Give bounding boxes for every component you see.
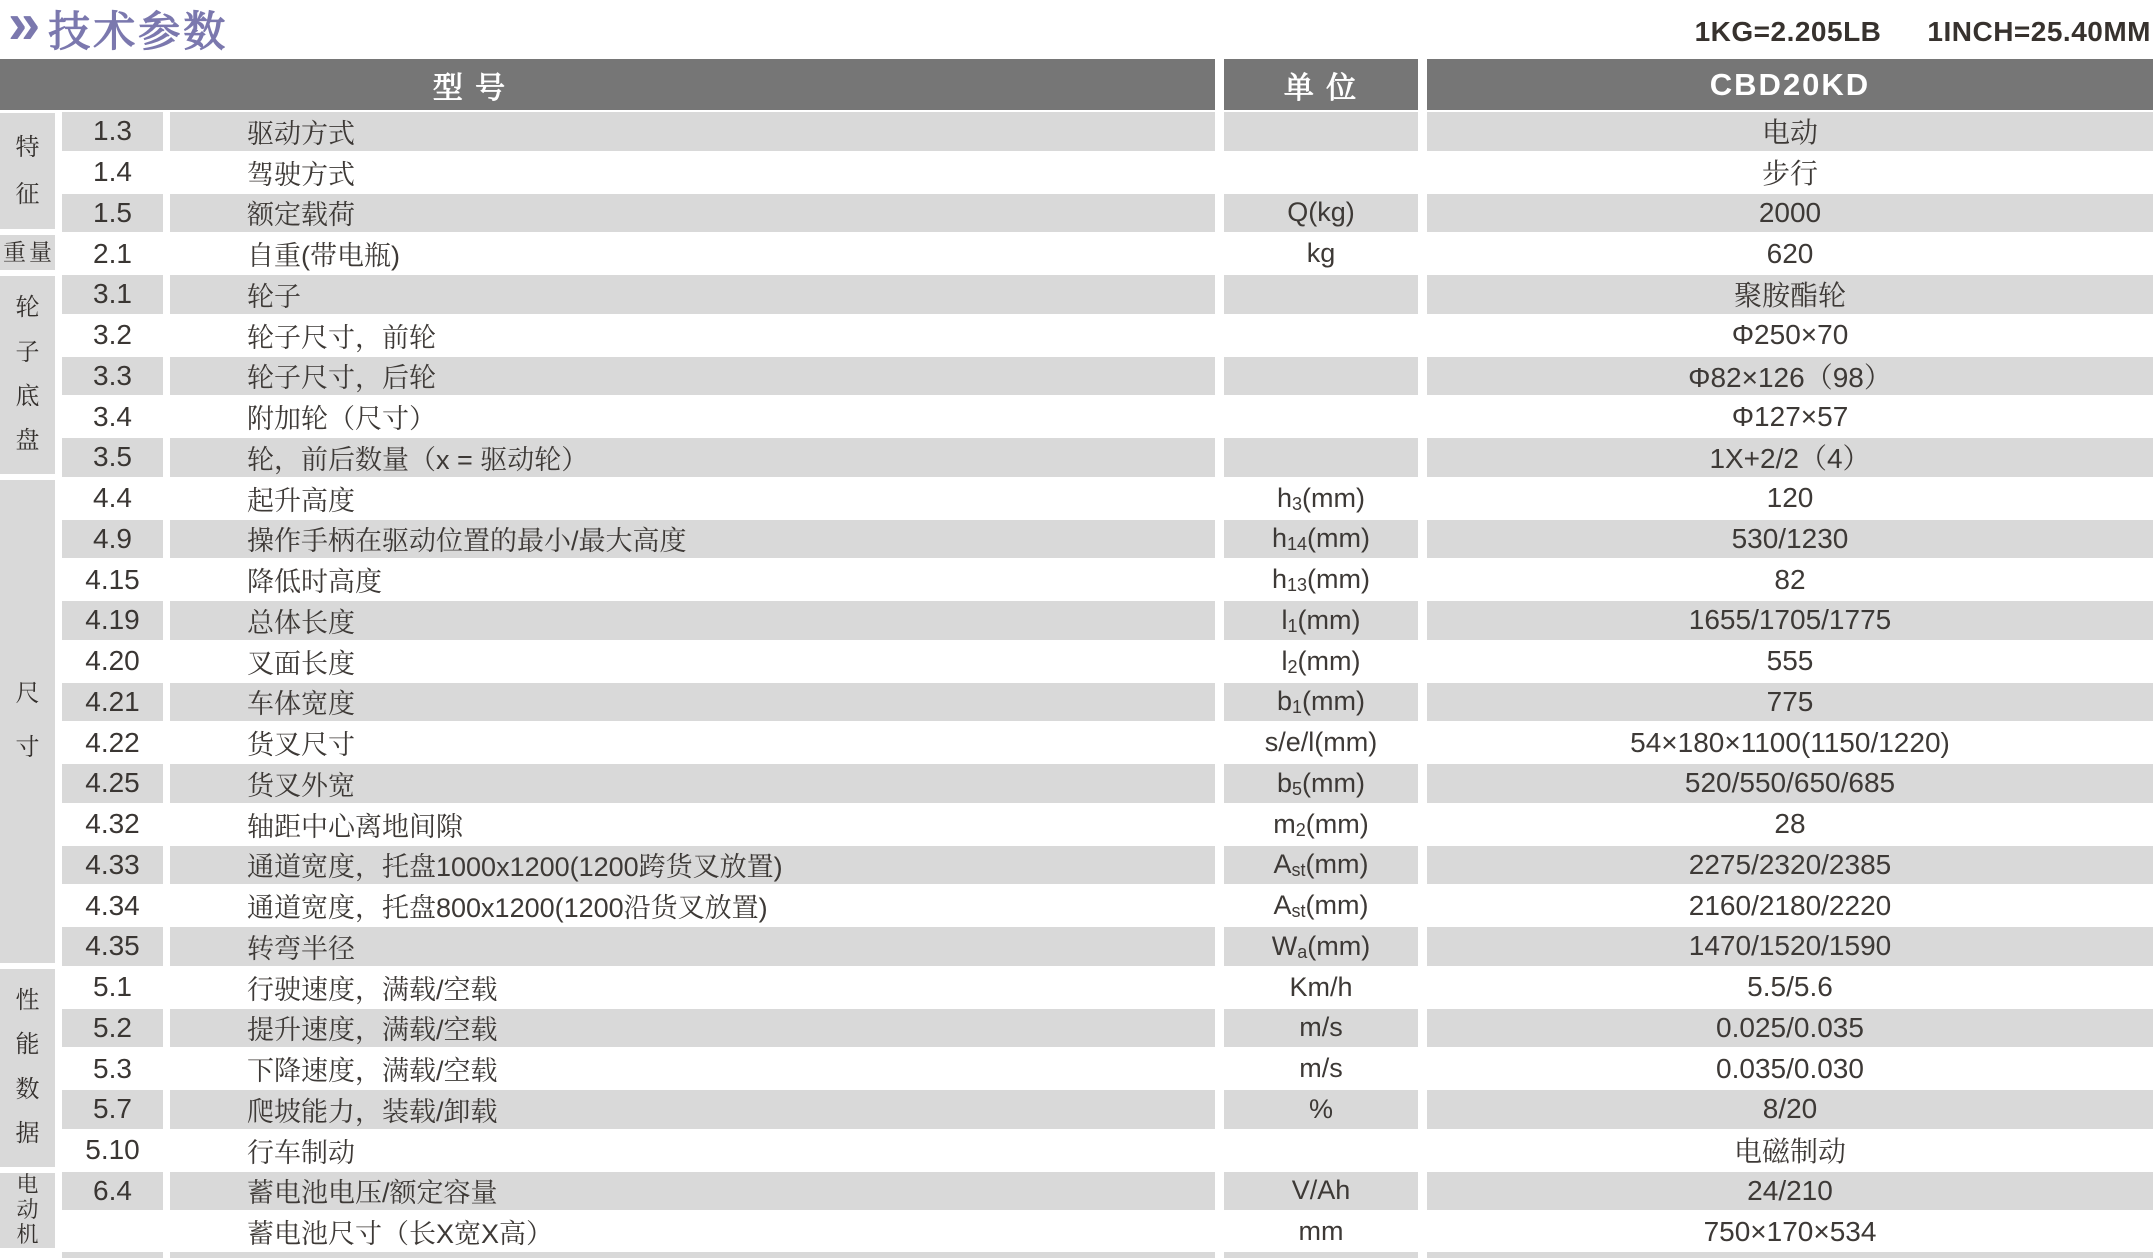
spec-row-unit <box>1224 153 1418 192</box>
bottom-strip <box>1224 1252 1418 1258</box>
spec-row: 4.4 起升高度 h3(mm) 120 <box>0 478 2153 519</box>
spec-row-description: 行车制动 <box>170 1131 1215 1170</box>
category-char: 重 <box>3 241 26 264</box>
spec-row-number <box>62 1212 163 1251</box>
category-label-6: 电动机 <box>0 1173 55 1249</box>
spec-row-description: 附加轮（尺寸） <box>170 397 1215 436</box>
spec-row-value: 620 <box>1427 234 2153 273</box>
category-char: 据 <box>16 1122 40 1146</box>
spec-row-unit: h13(mm) <box>1224 560 1418 599</box>
category-label-3: 轮子底盘 <box>0 276 55 474</box>
spec-row-description: 蓄电池电压/额定容量 <box>170 1172 1215 1211</box>
spec-row-description: 轮，前后数量（x = 驱动轮） <box>170 438 1215 477</box>
spec-row-description: 降低时高度 <box>170 560 1215 599</box>
category-label-4: 尺寸 <box>0 480 55 963</box>
bottom-strip <box>62 1252 163 1258</box>
spec-row-description: 转弯半径 <box>170 927 1215 966</box>
spec-row-value: 520/550/650/685 <box>1427 764 2153 803</box>
spec-row: 6.4 蓄电池电压/额定容量 V/Ah 24/210 <box>0 1171 2153 1212</box>
spec-row-number: 4.4 <box>62 479 163 518</box>
spec-row-value: 1X+2/2（4） <box>1427 438 2153 477</box>
spec-row-number: 5.2 <box>62 1009 163 1048</box>
spec-row-number: 5.7 <box>62 1090 163 1129</box>
unit-conversion-note: 1KG=2.205LB 1INCH=25.40MM <box>1695 16 2151 48</box>
table-rows: 1.3 驱动方式 电动 1.4 驾驶方式 步行 1.5 额定载荷 Q(kg) 2… <box>0 111 2153 1252</box>
spec-row-unit: m/s <box>1224 1049 1418 1088</box>
spec-row: 4.25 货叉外宽 b5(mm) 520/550/650/685 <box>0 763 2153 804</box>
spec-row-value: 82 <box>1427 560 2153 599</box>
spec-row: 4.34 通道宽度，托盘800x1200(1200沿货叉放置) Ast(mm) … <box>0 885 2153 926</box>
spec-row: 4.9 操作手柄在驱动位置的最小/最大高度 h14(mm) 530/1230 <box>0 519 2153 560</box>
spec-row-number: 4.25 <box>62 764 163 803</box>
spec-row: 蓄电池尺寸（长X宽X高） mm 750×170×534 <box>0 1211 2153 1252</box>
spec-row-description: 通道宽度，托盘1000x1200(1200跨货叉放置) <box>170 846 1215 885</box>
spec-row: 1.4 驾驶方式 步行 <box>0 152 2153 193</box>
category-char: 能 <box>16 1033 40 1057</box>
spec-row-unit: s/e/l(mm) <box>1224 723 1418 762</box>
spec-row-unit: % <box>1224 1090 1418 1129</box>
spec-row-description: 轮子尺寸，前轮 <box>170 316 1215 355</box>
spec-row-value: 0.035/0.030 <box>1427 1049 2153 1088</box>
category-char: 动 <box>16 1199 38 1221</box>
spec-row-number: 4.15 <box>62 560 163 599</box>
spec-row-value: 2160/2180/2220 <box>1427 886 2153 925</box>
spec-row-number: 3.5 <box>62 438 163 477</box>
category-char: 寸 <box>16 736 40 760</box>
category-label-5: 性能数据 <box>0 969 55 1167</box>
spec-row-value: 120 <box>1427 479 2153 518</box>
spec-row-description: 总体长度 <box>170 601 1215 640</box>
category-label-1: 特征 <box>0 113 55 229</box>
spec-row: 4.19 总体长度 l1(mm) 1655/1705/1775 <box>0 600 2153 641</box>
spec-row-unit <box>1224 1131 1418 1170</box>
spec-row-number: 3.3 <box>62 357 163 396</box>
spec-row-description: 轴距中心离地间隙 <box>170 805 1215 844</box>
header-model-column: 型 号 <box>0 59 1215 110</box>
spec-row-value: 8/20 <box>1427 1090 2153 1129</box>
kg-conversion-text: 1KG=2.205LB <box>1695 16 1882 48</box>
spec-row: 4.20 叉面长度 l2(mm) 555 <box>0 641 2153 682</box>
spec-row-description: 蓄电池尺寸（长X宽X高） <box>170 1212 1215 1251</box>
spec-row-unit: Q(kg) <box>1224 194 1418 233</box>
spec-row-value: 24/210 <box>1427 1172 2153 1211</box>
spec-row-value: 54×180×1100(1150/1220) <box>1427 723 2153 762</box>
spec-row-number: 1.5 <box>62 194 163 233</box>
spec-row-number: 4.22 <box>62 723 163 762</box>
spec-row-unit: Wa(mm) <box>1224 927 1418 966</box>
spec-row-value: Φ82×126（98） <box>1427 357 2153 396</box>
spec-sheet-page: » 技术参数 1KG=2.205LB 1INCH=25.40MM 型 号 单 位… <box>0 0 2153 1258</box>
spec-row-description: 叉面长度 <box>170 642 1215 681</box>
spec-row-value: 聚胺酯轮 <box>1427 275 2153 314</box>
spec-row-value: 2275/2320/2385 <box>1427 846 2153 885</box>
spec-row-description: 自重(带电瓶) <box>170 234 1215 273</box>
spec-row-description: 通道宽度，托盘800x1200(1200沿货叉放置) <box>170 886 1215 925</box>
spec-row: 5.7 爬坡能力，装载/卸载 % 8/20 <box>0 1089 2153 1130</box>
spec-row-unit: h14(mm) <box>1224 520 1418 559</box>
spec-row-value: 0.025/0.035 <box>1427 1009 2153 1048</box>
category-char: 盘 <box>16 429 40 453</box>
spec-row-value: 775 <box>1427 683 2153 722</box>
spec-row-value: 步行 <box>1427 153 2153 192</box>
spec-row-description: 提升速度，满载/空载 <box>170 1009 1215 1048</box>
spec-row-description: 驾驶方式 <box>170 153 1215 192</box>
spec-row-description: 货叉外宽 <box>170 764 1215 803</box>
spec-row-unit <box>1224 438 1418 477</box>
category-char: 性 <box>16 989 40 1013</box>
spec-row-unit <box>1224 397 1418 436</box>
spec-row-value: Φ127×57 <box>1427 397 2153 436</box>
spec-row-number: 4.20 <box>62 642 163 681</box>
spec-row-number: 5.1 <box>62 968 163 1007</box>
spec-row: 5.3 下降速度，满载/空载 m/s 0.035/0.030 <box>0 1048 2153 1089</box>
spec-row: 5.1 行驶速度，满载/空载 Km/h 5.5/5.6 <box>0 967 2153 1008</box>
spec-row-unit <box>1224 112 1418 151</box>
spec-row-number: 4.35 <box>62 927 163 966</box>
category-label-2: 重量 <box>0 235 55 270</box>
spec-row-number: 1.3 <box>62 112 163 151</box>
spec-row-number: 4.32 <box>62 805 163 844</box>
spec-row: 4.33 通道宽度，托盘1000x1200(1200跨货叉放置) Ast(mm)… <box>0 845 2153 886</box>
spec-row: 3.2 轮子尺寸，前轮 Φ250×70 <box>0 315 2153 356</box>
spec-row-number: 4.34 <box>62 886 163 925</box>
spec-row: 4.35 转弯半径 Wa(mm) 1470/1520/1590 <box>0 926 2153 967</box>
spec-row-unit <box>1224 275 1418 314</box>
spec-row-unit: b1(mm) <box>1224 683 1418 722</box>
category-char: 子 <box>16 341 40 365</box>
category-char: 电 <box>16 1174 38 1196</box>
spec-row-value: 530/1230 <box>1427 520 2153 559</box>
spec-row-unit <box>1224 316 1418 355</box>
spec-row-value: 555 <box>1427 642 2153 681</box>
spec-row-description: 额定载荷 <box>170 194 1215 233</box>
spec-row-value: 2000 <box>1427 194 2153 233</box>
spec-row-value: 电动 <box>1427 112 2153 151</box>
spec-row-description: 下降速度，满载/空载 <box>170 1049 1215 1088</box>
spec-row-number: 5.10 <box>62 1131 163 1170</box>
header-unit-column: 单 位 <box>1224 59 1418 110</box>
spec-row: 4.15 降低时高度 h13(mm) 82 <box>0 559 2153 600</box>
category-char: 底 <box>16 385 40 409</box>
inch-conversion-text: 1INCH=25.40MM <box>1927 16 2151 48</box>
spec-row: 1.5 额定载荷 Q(kg) 2000 <box>0 193 2153 234</box>
spec-row-value: 28 <box>1427 805 2153 844</box>
spec-row-unit: V/Ah <box>1224 1172 1418 1211</box>
spec-row-number: 3.1 <box>62 275 163 314</box>
spec-row-unit: l1(mm) <box>1224 601 1418 640</box>
spec-row-unit: Ast(mm) <box>1224 846 1418 885</box>
category-char: 尺 <box>16 682 40 706</box>
spec-row: 5.10 行车制动 电磁制动 <box>0 1130 2153 1171</box>
spec-row-value: Φ250×70 <box>1427 316 2153 355</box>
spec-row-number: 6.4 <box>62 1172 163 1211</box>
page-title: 技术参数 <box>48 0 228 59</box>
spec-row-unit: Ast(mm) <box>1224 886 1418 925</box>
spec-row-unit <box>1224 357 1418 396</box>
spec-row-description: 货叉尺寸 <box>170 723 1215 762</box>
spec-row: 4.21 车体宽度 b1(mm) 775 <box>0 682 2153 723</box>
category-char: 量 <box>29 241 52 264</box>
spec-row: 4.32 轴距中心离地间隙 m2(mm) 28 <box>0 804 2153 845</box>
category-char: 轮 <box>16 296 40 320</box>
spec-row-description: 轮子 <box>170 275 1215 314</box>
spec-row-description: 轮子尺寸，后轮 <box>170 357 1215 396</box>
spec-row-unit: b5(mm) <box>1224 764 1418 803</box>
spec-row-number: 4.19 <box>62 601 163 640</box>
spec-row-value: 电磁制动 <box>1427 1131 2153 1170</box>
category-char: 数 <box>16 1078 40 1102</box>
spec-row-number: 5.3 <box>62 1049 163 1088</box>
category-char: 机 <box>16 1224 38 1246</box>
double-chevron-icon: » <box>8 0 36 53</box>
header-model-label: 型 号 <box>0 63 940 107</box>
header-model-name: CBD20KD <box>1427 59 2153 110</box>
spec-row-description: 起升高度 <box>170 479 1215 518</box>
spec-row-unit: kg <box>1224 234 1418 273</box>
spec-row: 3.4 附加轮（尺寸） Φ127×57 <box>0 396 2153 437</box>
header-unit-label: 单 位 <box>1284 63 1358 107</box>
spec-row-value: 1470/1520/1590 <box>1427 927 2153 966</box>
spec-row-value: 1655/1705/1775 <box>1427 601 2153 640</box>
spec-row-value: 750×170×534 <box>1427 1212 2153 1251</box>
spec-row-unit: m/s <box>1224 1009 1418 1048</box>
spec-row-description: 驱动方式 <box>170 112 1215 151</box>
spec-row-unit: h3(mm) <box>1224 479 1418 518</box>
spec-row-description: 爬坡能力，装载/卸载 <box>170 1090 1215 1129</box>
spec-row-number: 4.33 <box>62 846 163 885</box>
spec-row-number: 1.4 <box>62 153 163 192</box>
spec-row-unit: Km/h <box>1224 968 1418 1007</box>
spec-row-value: 5.5/5.6 <box>1427 968 2153 1007</box>
spec-row-description: 操作手柄在驱动位置的最小/最大高度 <box>170 520 1215 559</box>
spec-row-unit: l2(mm) <box>1224 642 1418 681</box>
bottom-strip <box>170 1252 1215 1258</box>
spec-row-number: 4.21 <box>62 683 163 722</box>
spec-row: 3.3 轮子尺寸，后轮 Φ82×126（98） <box>0 356 2153 397</box>
spec-row: 3.1 轮子 聚胺酯轮 <box>0 274 2153 315</box>
spec-row-description: 车体宽度 <box>170 683 1215 722</box>
spec-row-unit: m2(mm) <box>1224 805 1418 844</box>
spec-row: 3.5 轮，前后数量（x = 驱动轮） 1X+2/2（4） <box>0 437 2153 478</box>
spec-row-number: 3.4 <box>62 397 163 436</box>
spec-row: 2.1 自重(带电瓶) kg 620 <box>0 233 2153 274</box>
category-char: 特 <box>16 136 40 160</box>
spec-row: 1.3 驱动方式 电动 <box>0 111 2153 152</box>
spec-row-number: 4.9 <box>62 520 163 559</box>
spec-row: 5.2 提升速度，满载/空载 m/s 0.025/0.035 <box>0 1008 2153 1049</box>
spec-row-number: 2.1 <box>62 234 163 273</box>
spec-row-description: 行驶速度，满载/空载 <box>170 968 1215 1007</box>
spec-row: 4.22 货叉尺寸 s/e/l(mm) 54×180×1100(1150/122… <box>0 722 2153 763</box>
spec-row-number: 3.2 <box>62 316 163 355</box>
category-char: 征 <box>16 183 40 207</box>
title-bar: » 技术参数 <box>8 0 228 58</box>
model-name-label: CBD20KD <box>1710 67 1870 103</box>
spec-row-unit: mm <box>1224 1212 1418 1251</box>
bottom-strip <box>1427 1252 2153 1258</box>
